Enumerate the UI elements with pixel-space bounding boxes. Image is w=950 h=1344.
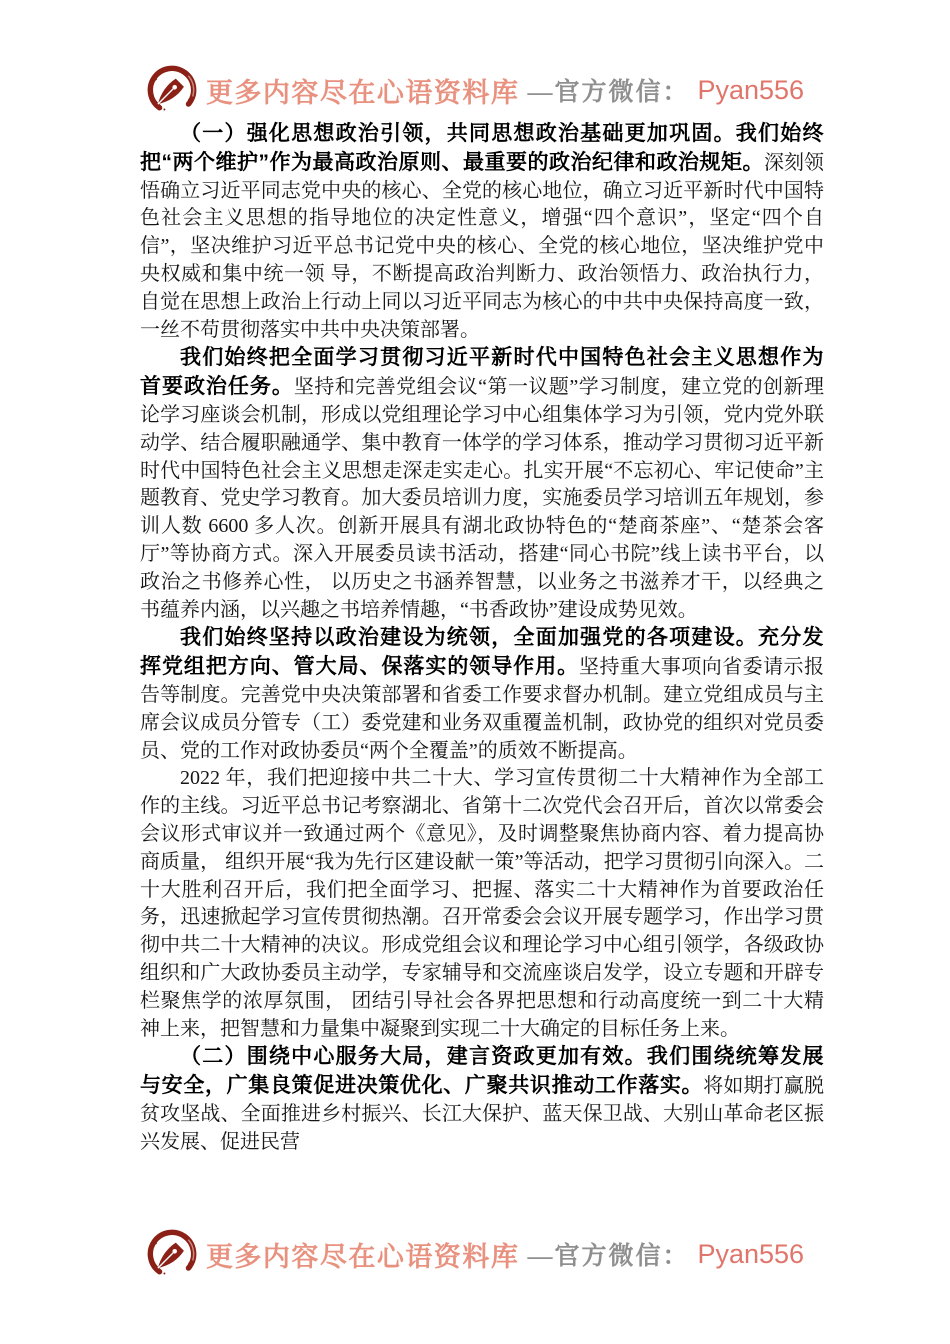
watermark-wechat-id: Pyan556 — [697, 75, 804, 106]
watermark-header: 更多内容尽在心语资料库 —官方微信： Pyan556 — [0, 64, 950, 116]
paragraph-body-run: 深刻领悟确立习近平同志党中央的核心、全党的核心地位，确立习近平新时代中国特色社会… — [140, 152, 824, 341]
watermark-site-text: 更多内容尽在心语资料库 — [206, 1235, 520, 1274]
watermark-footer: 更多内容尽在心语资料库 —官方微信： Pyan556 — [0, 1228, 950, 1280]
paragraph-3: 我们始终坚持以政治建设为统领，全面加强党的各项建设。充分发挥党组把方向、管大局、… — [140, 624, 824, 765]
brand-pen-logo-icon — [146, 64, 198, 116]
paragraph-5: （二）围绕中心服务大局，建言资政更加有效。我们围绕统筹发展与安全，广集良策促进决… — [140, 1043, 824, 1156]
watermark-wechat-label: —官方微信： — [527, 1236, 689, 1272]
document-page: 更多内容尽在心语资料库 —官方微信： Pyan556 （一）强化思想政治引领，共… — [0, 0, 950, 1344]
paragraph-1: （一）强化思想政治引领，共同思想政治基础更加巩固。我们始终把“两个维护”作为最高… — [140, 120, 824, 344]
watermark-site-text: 更多内容尽在心语资料库 — [206, 71, 520, 110]
watermark-wechat-label: —官方微信： — [527, 72, 689, 108]
brand-pen-logo-icon — [146, 1228, 198, 1280]
document-body: （一）强化思想政治引领，共同思想政治基础更加巩固。我们始终把“两个维护”作为最高… — [140, 120, 824, 1156]
paragraph-body-run: 2022 年，我们把迎接中共二十大、学习宣传贯彻二十大精神作为全部工作的主线。习… — [140, 767, 824, 1039]
paragraph-body-run: 坚持和完善党组会议“第一议题”学习制度，建立党的创新理论学习座谈会机制，形成以党… — [140, 376, 824, 620]
watermark-wechat-id: Pyan556 — [697, 1239, 804, 1270]
paragraph-4: 2022 年，我们把迎接中共二十大、学习宣传贯彻二十大精神作为全部工作的主线。习… — [140, 765, 824, 1043]
paragraph-2: 我们始终把全面学习贯彻习近平新时代中国特色社会主义思想作为首要政治任务。坚持和完… — [140, 344, 824, 624]
paragraph-heading-run: （一）强化思想政治引领，共同思想政治基础更加巩固。我们始终把“两个维护”作为最高… — [140, 122, 824, 174]
